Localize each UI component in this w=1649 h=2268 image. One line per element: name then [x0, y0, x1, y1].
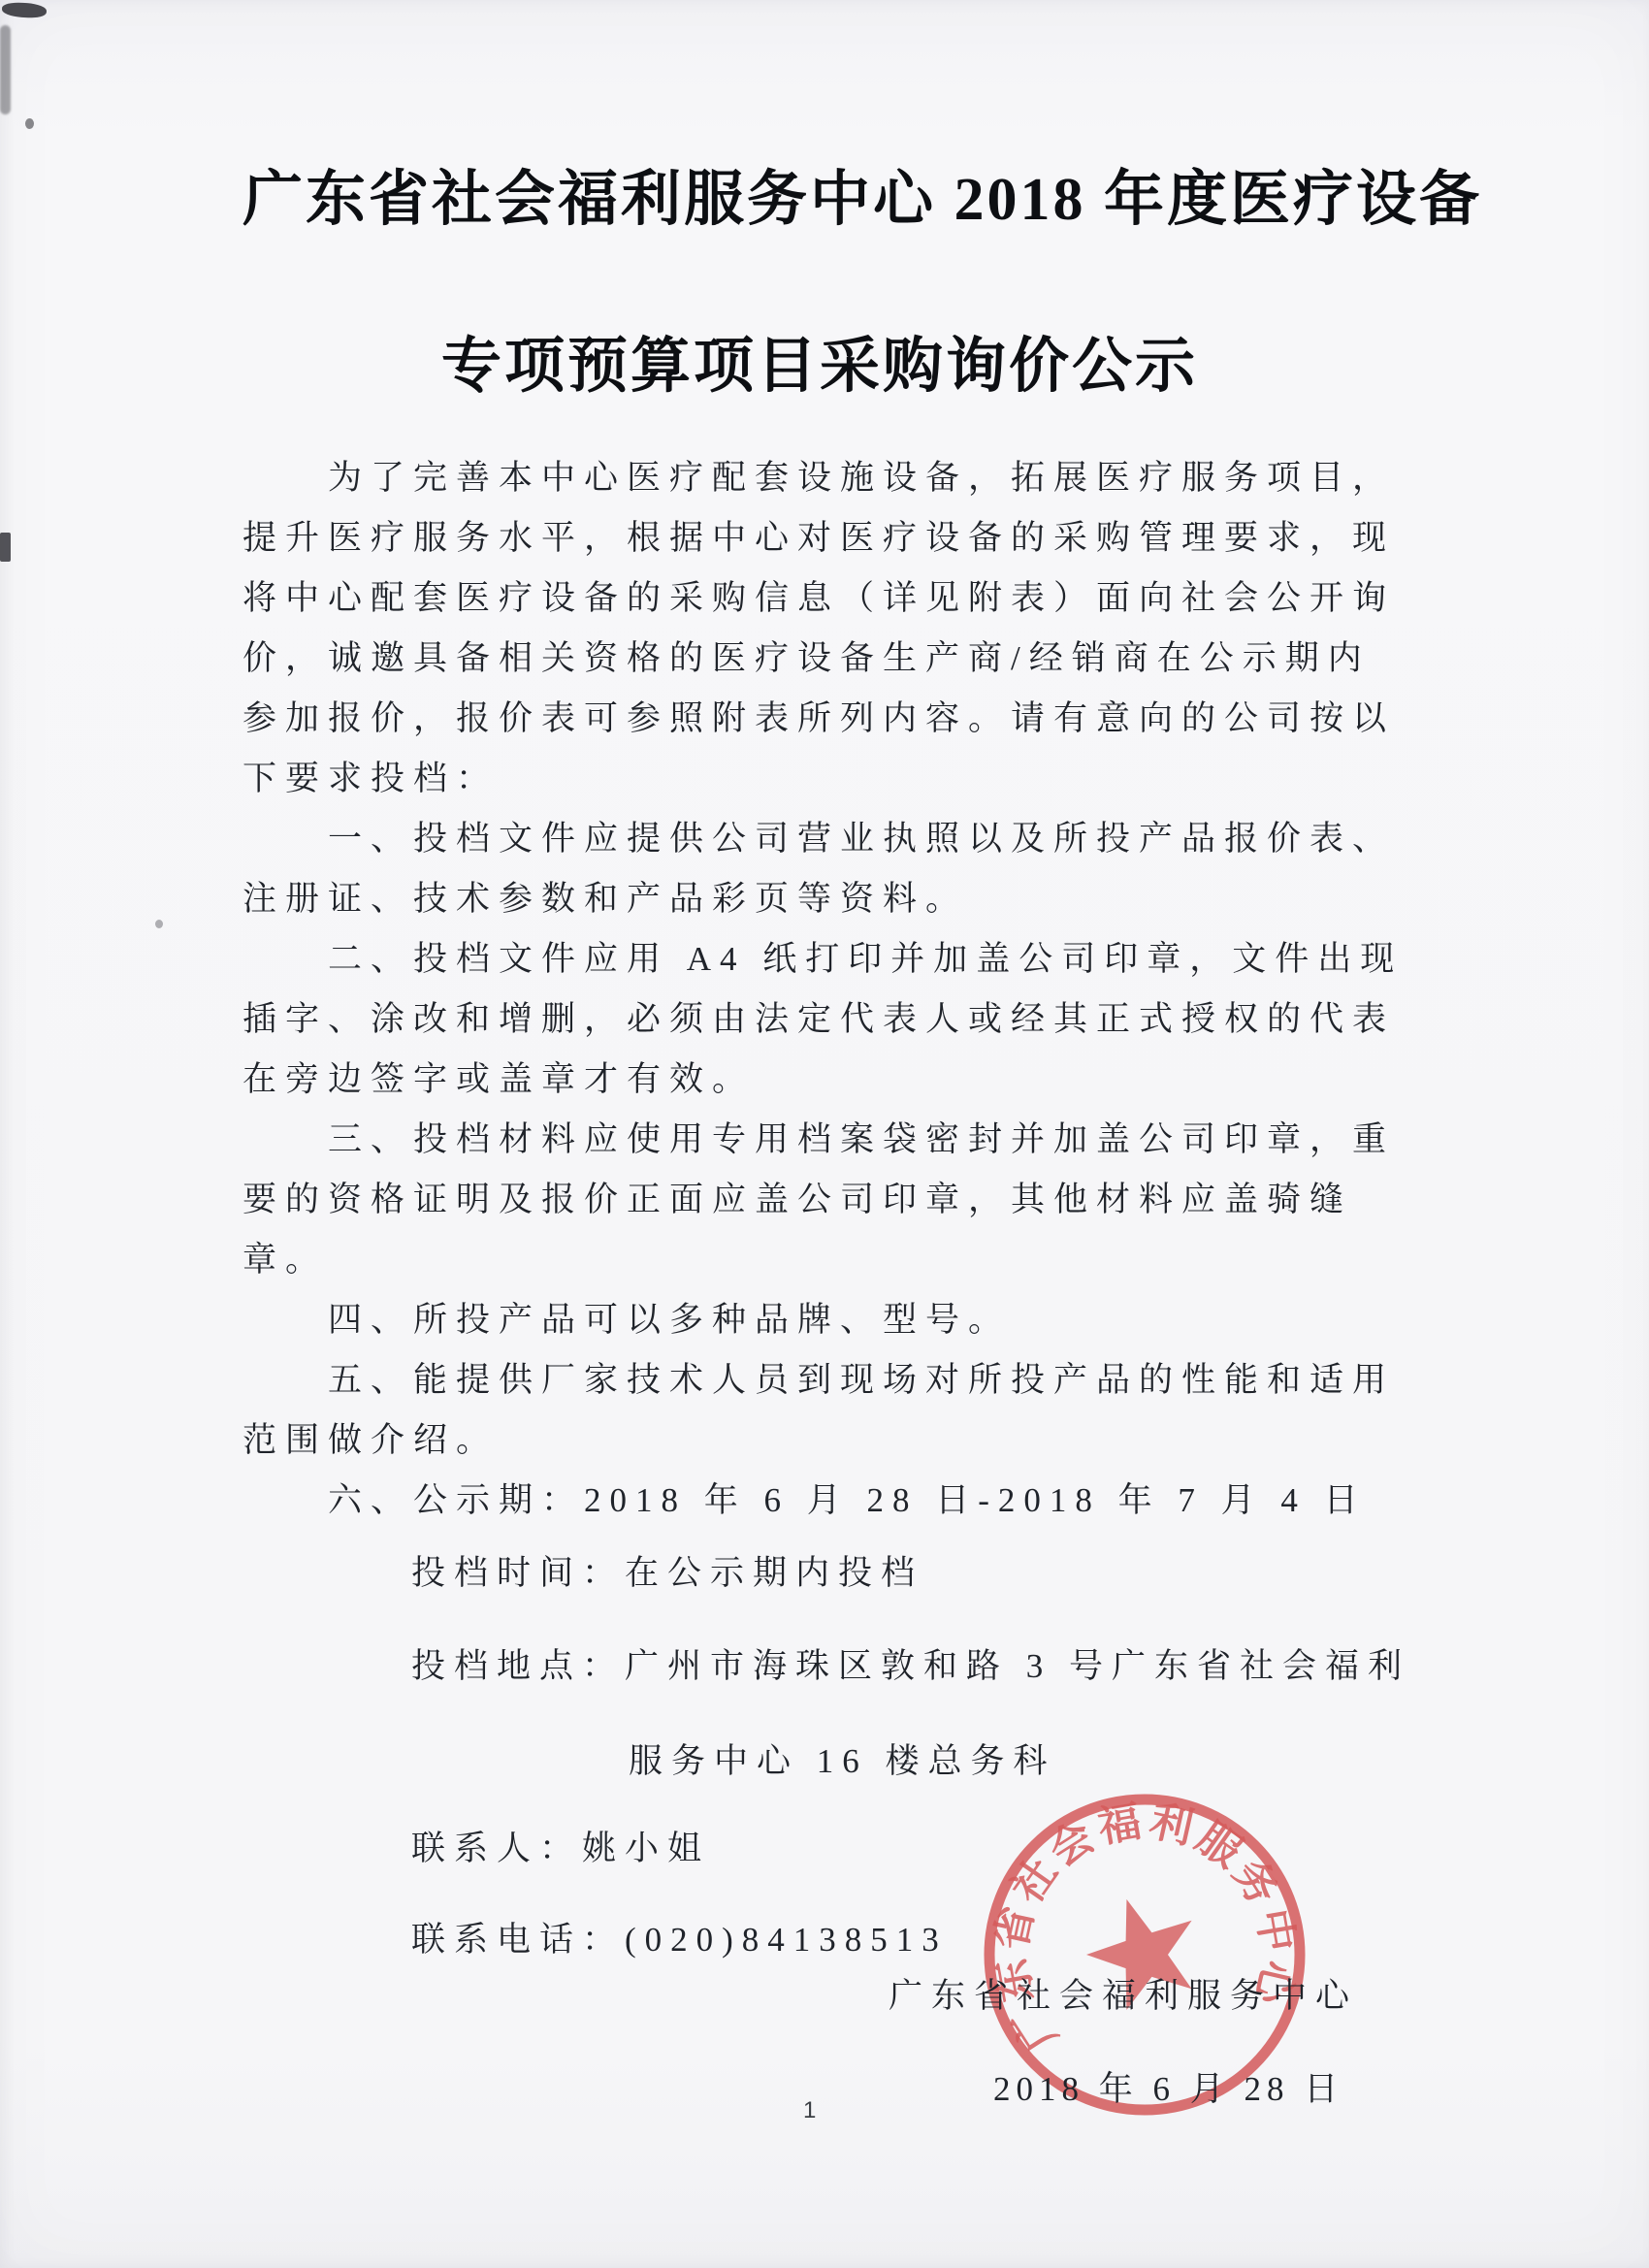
body-line: 四、所投产品可以多种品牌、型号。: [242, 1290, 1406, 1350]
scan-artifact: [2, 1, 48, 18]
body-line: 范围做介绍。: [242, 1410, 1406, 1471]
signature-organization: 广东省社会福利服务中心: [889, 1969, 1358, 2018]
page-number: 1: [803, 2097, 816, 2124]
body-line: 在旁边签字或盖章才有效。: [242, 1050, 1406, 1110]
body-line: 将中心配套医疗设备的采购信息（详见附表）面向社会公开询: [242, 568, 1406, 629]
body-line: 注册证、技术参数和产品彩页等资料。: [242, 869, 1406, 929]
scan-artifact: [0, 25, 11, 114]
submission-address-line: 投档地点：广州市海珠区敦和路 3 号广东省社会福利: [411, 1643, 1410, 1690]
body-line: 参加报价，报价表可参照附表所列内容。请有意向的公司按以: [242, 689, 1406, 749]
body-line: 提升医疗服务水平，根据中心对医疗设备的采购管理要求，现: [242, 508, 1406, 568]
body-line: 五、能提供厂家技术人员到现场对所投产品的性能和适用: [242, 1350, 1406, 1410]
document-title-line2: 专项预算项目采购询价公示: [242, 317, 1397, 404]
body-line: 章。: [242, 1230, 1406, 1290]
scan-artifact: [25, 118, 34, 129]
scan-artifact: [0, 533, 11, 562]
submission-address-line2: 服务中心 16 楼总务科: [629, 1738, 1056, 1785]
body-line: 六、公示期：2018 年 6 月 28 日-2018 年 7 月 4 日: [242, 1471, 1406, 1531]
contact-person-line: 联系人：姚小姐: [411, 1826, 710, 1872]
body-line: 二、投档文件应用 A4 纸打印并加盖公司印章，文件出现: [242, 929, 1406, 989]
body-line: 要的资格证明及报价正面应盖公司印章，其他材料应盖骑缝: [242, 1170, 1406, 1230]
scan-artifact: [155, 920, 163, 928]
submission-time-line: 投档时间：在公示期内投档: [411, 1550, 923, 1597]
signature-date: 2018 年 6 月 28 日: [993, 2062, 1343, 2111]
contact-phone-line: 联系电话：(020)84138513: [411, 1917, 948, 1963]
body-line: 插字、涂改和增删，必须由法定代表人或经其正式授权的代表: [242, 989, 1406, 1050]
document-body: 为了完善本中心医疗配套设施设备，拓展医疗服务项目，提升医疗服务水平，根据中心对医…: [242, 448, 1406, 1531]
body-line: 价，诚邀具备相关资格的医疗设备生产商/经销商在公示期内: [242, 629, 1406, 689]
body-line: 为了完善本中心医疗配套设施设备，拓展医疗服务项目，: [242, 448, 1406, 508]
document-title-line1: 广东省社会福利服务中心 2018 年度医疗设备: [242, 150, 1397, 237]
body-line: 三、投档材料应使用专用档案袋密封并加盖公司印章，重: [242, 1110, 1406, 1170]
body-line: 下要求投档：: [242, 749, 1406, 809]
body-line: 一、投档文件应提供公司营业执照以及所投产品报价表、: [242, 809, 1406, 869]
scanned-document-page: 广东省社会福利服务中心 2018 年度医疗设备 专项预算项目采购询价公示 为了完…: [0, 0, 1649, 2268]
